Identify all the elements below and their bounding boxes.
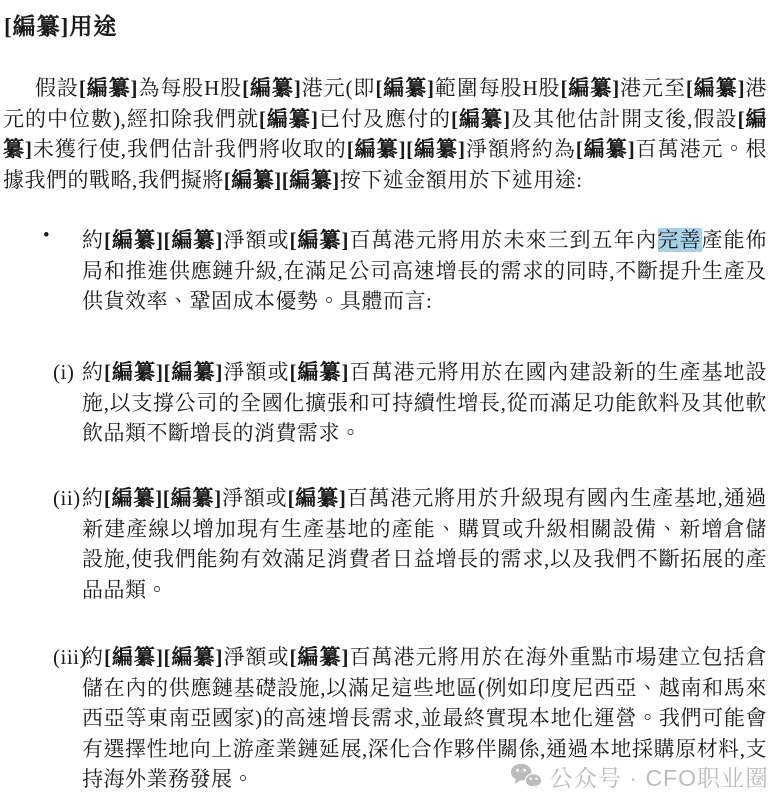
text-run: 約 xyxy=(82,360,104,384)
redaction-token: [編纂] xyxy=(686,76,745,100)
text-run: 為每股H股 xyxy=(138,76,242,100)
redaction-token: [編纂] xyxy=(290,645,350,669)
text-run: 港元(即 xyxy=(301,76,375,100)
text-run: 港元至 xyxy=(620,76,686,100)
document-page: [編纂]用途 假設[編纂]為每股H股[編纂]港元(即[編纂]範圍每股H股[編纂]… xyxy=(0,0,770,809)
text-run: 未獲行使,我們估計我們將收取的 xyxy=(32,137,346,161)
redaction-token: [編纂] xyxy=(79,76,138,100)
intro-paragraph: 假設[編纂]為每股H股[編纂]港元(即[編纂]範圍每股H股[編纂]港元至[編纂]… xyxy=(3,73,767,195)
wechat-icon xyxy=(510,763,542,790)
bullet-item: • 約[編纂][編纂]淨額或[編纂]百萬港元將用於未來三到五年內完善產能佈局和推… xyxy=(43,225,767,317)
redaction-token: [編纂] xyxy=(290,360,350,384)
text-run: 約 xyxy=(82,486,104,510)
list-item-ii-text: 約[編纂][編纂]淨額或[編纂]百萬港元將用於升級現有國內生產基地,通過新建產線… xyxy=(82,483,767,605)
redaction-token: [編纂] xyxy=(375,76,434,100)
redaction-token: [編纂] xyxy=(287,486,346,510)
text-run: 及其他估計開支後,假設 xyxy=(511,107,738,131)
text-run: 淨額或 xyxy=(223,645,290,669)
bullet-text: 約[編纂][編纂]淨額或[編纂]百萬港元將用於未來三到五年內完善產能佈局和推進供… xyxy=(82,225,767,317)
text-run: 按下述金額用於下述用途: xyxy=(340,168,583,192)
list-item-i: (i) 約[編纂][編纂]淨額或[編纂]百萬港元將用於在國內建設新的生產基地設施… xyxy=(53,357,767,449)
text-run: 淨額或 xyxy=(223,360,290,384)
list-item-i-text: 約[編纂][編纂]淨額或[編纂]百萬港元將用於在國內建設新的生產基地設施,以支撐… xyxy=(82,357,767,449)
bullet-marker: • xyxy=(43,225,50,247)
list-item-iii-label: (iii) xyxy=(53,642,87,673)
list-item-i-label: (i) xyxy=(53,357,74,388)
redaction-token: [編纂][編纂] xyxy=(104,360,223,384)
redaction-token: [編纂][編纂] xyxy=(104,228,223,252)
text-run: 已付及應付的 xyxy=(318,107,451,131)
text-run: 約 xyxy=(82,228,104,252)
highlighted-text: 完善 xyxy=(658,228,702,252)
text-run: 淨額將約為 xyxy=(465,137,575,161)
text-run: 範圍每股H股 xyxy=(435,76,561,100)
list-item-ii: (ii) 約[編纂][編纂]淨額或[編纂]百萬港元將用於升級現有國內生產基地,通… xyxy=(53,483,767,605)
redaction-token: [編纂] xyxy=(242,76,301,100)
text-run: 百萬港元將用於未來三到五年內 xyxy=(349,228,658,252)
redaction-token: [編纂][編纂] xyxy=(104,645,223,669)
text-run: 淨額或 xyxy=(223,228,290,252)
list-item-ii-label: (ii) xyxy=(53,483,81,514)
redaction-token: [編纂] xyxy=(561,76,620,100)
watermark-text: 公众号 · CFO职业圈 xyxy=(550,760,769,793)
redaction-token: [編纂] xyxy=(290,228,350,252)
redaction-token: [編纂] xyxy=(576,137,635,161)
watermark: 公众号 · CFO职业圈 xyxy=(510,760,769,793)
page-title: [編纂]用途 xyxy=(4,8,117,41)
redaction-token: [編纂][編纂] xyxy=(104,486,222,510)
text-run: 假設 xyxy=(35,76,79,100)
redaction-token: [編纂][編纂] xyxy=(224,168,340,192)
redaction-token: [編纂] xyxy=(259,107,319,131)
redaction-token: [編纂] xyxy=(451,107,511,131)
redaction-token: [編纂][編纂] xyxy=(347,137,466,161)
text-run: 淨額或 xyxy=(222,486,288,510)
